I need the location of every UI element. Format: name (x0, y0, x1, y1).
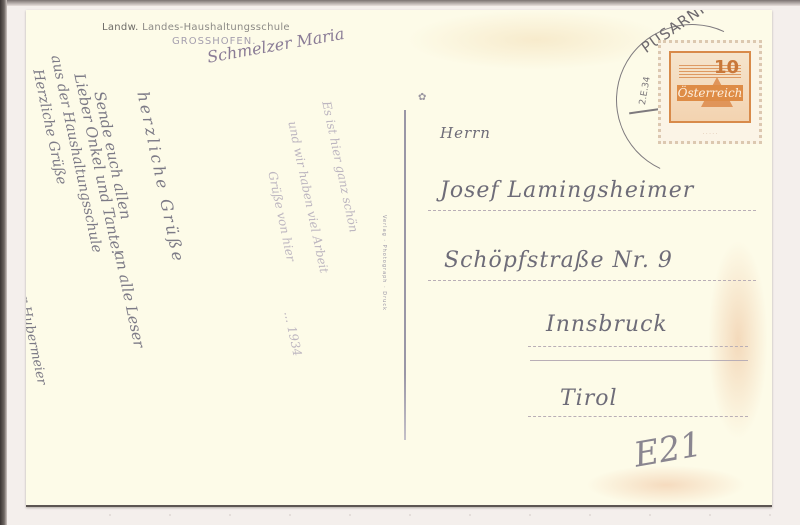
divider-publisher-text: Verlag · Photograph · Druck (381, 143, 387, 383)
address-line (428, 280, 756, 281)
address-street: Schöpfstraße Nr. 9 (444, 248, 673, 273)
message-line: Euer Hubermeier (26, 270, 48, 386)
stamp-image: 10 Österreich (669, 51, 751, 123)
address-line (428, 210, 756, 211)
scan-noise (80, 510, 780, 520)
address-line (528, 416, 748, 417)
scan-edge-left (0, 0, 7, 525)
address-name: Josef Lamingsheimer (440, 178, 694, 203)
address-region: Tirol (560, 386, 618, 411)
paper-stain (708, 240, 768, 440)
printed-header: Landw. Landes-Haushaltungsschule (102, 22, 290, 33)
address-city: Innsbruck (546, 312, 668, 337)
postcard: Landw. Landes-Haushaltungsschule GROSSHO… (26, 10, 772, 507)
scan-edge-top (0, 0, 800, 6)
message-faint-line: Grüße von hier (266, 170, 297, 262)
message-faint-line: Es ist hier ganz schön (320, 100, 360, 233)
message-line: an alle Leser (111, 250, 146, 349)
stamp-value: 10 (714, 57, 739, 78)
header-prefix: Landw. (102, 22, 139, 33)
message-line: herzliche Grüße (134, 90, 186, 265)
message-faint-line: ... 1934 (282, 310, 303, 357)
paper-stain (586, 465, 746, 505)
address-salutation: Herrn (440, 124, 491, 142)
postage-stamp: 10 Österreich · · · · · (658, 40, 762, 144)
stamp-country: Österreich (677, 85, 743, 101)
card-divider (404, 110, 406, 440)
address-line (528, 346, 748, 347)
header-school-name: Landes-Haushaltungsschule (142, 22, 290, 33)
address-underline (530, 360, 748, 361)
stamp-fine-print: · · · · · (661, 131, 759, 137)
flower-ornament-icon: ✿ (418, 92, 426, 103)
